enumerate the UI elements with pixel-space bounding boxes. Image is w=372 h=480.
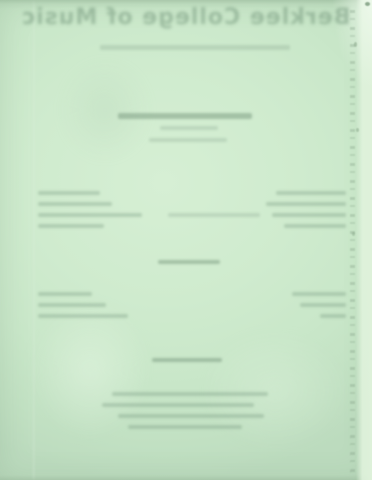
torn-edge-right (350, 10, 355, 475)
bleed-line (158, 260, 220, 264)
bleed-through-title: Berklee College of Music (0, 5, 372, 30)
bleed-line (149, 138, 227, 142)
bleed-line (100, 45, 290, 50)
paper-wrinkle (60, 60, 150, 160)
bleed-line (276, 191, 346, 195)
scan-speck (352, 232, 355, 236)
bleed-line (160, 126, 218, 130)
bleed-line (38, 314, 128, 318)
scanned-program-back-cover: Berklee College of Music (0, 0, 372, 480)
bleed-line (272, 213, 346, 217)
scan-speck (356, 128, 359, 132)
bleed-line (300, 303, 346, 307)
bleed-line (118, 414, 264, 418)
bleed-line (38, 213, 142, 217)
bleed-line (38, 224, 104, 228)
bleed-line (266, 202, 346, 206)
bleed-line (292, 292, 346, 296)
bleed-line (112, 392, 268, 396)
bleed-line (38, 202, 112, 206)
bleed-line (284, 224, 346, 228)
bleed-line (118, 113, 252, 119)
paper-crease (32, 0, 35, 480)
scan-edge-shadow-bottom (0, 475, 372, 480)
bleed-line (320, 314, 346, 318)
bleed-line (38, 191, 100, 195)
scan-speck (354, 42, 357, 47)
bleed-line (128, 425, 242, 429)
bleed-line (152, 358, 222, 362)
bleed-line (102, 403, 254, 407)
bleed-line (168, 213, 260, 217)
bleed-line (38, 292, 92, 296)
bleed-line (38, 303, 106, 307)
bleed-title-text: Berklee College of Music (21, 5, 350, 30)
paper-wrinkle (30, 300, 150, 440)
paper-wrinkle (200, 330, 350, 450)
